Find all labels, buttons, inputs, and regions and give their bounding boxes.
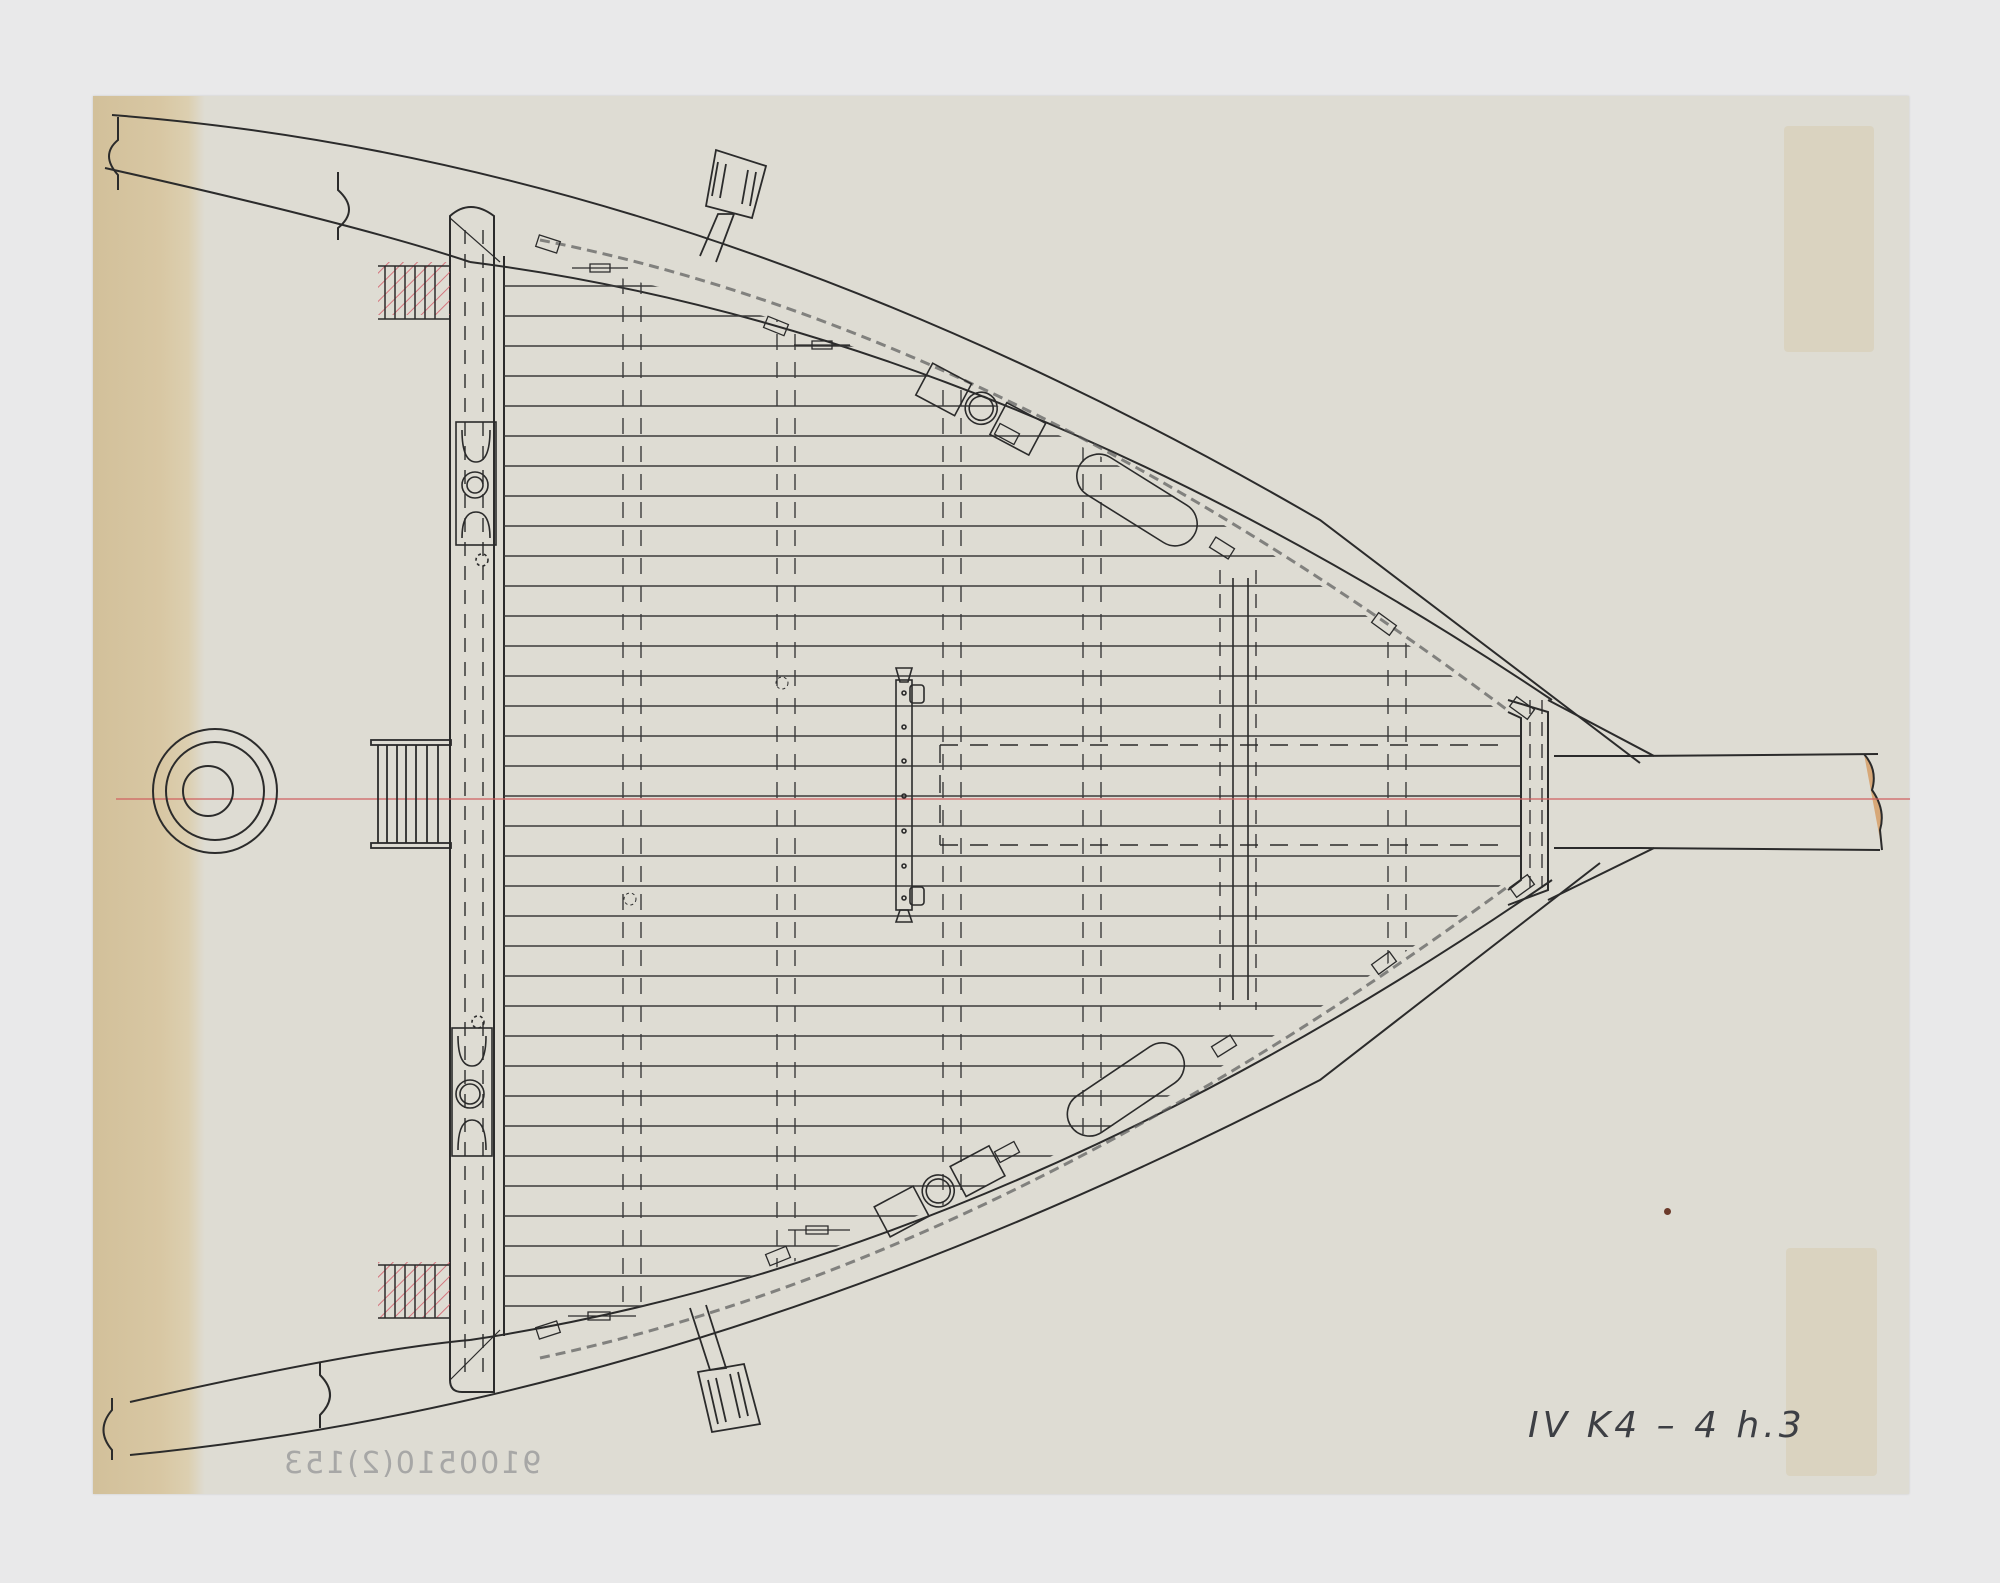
chain-bottom xyxy=(540,885,1510,1358)
bowsprit-break xyxy=(1864,754,1882,850)
davit-top xyxy=(700,150,766,262)
mirrored-pencil-number: 9100510(2)153 xyxy=(282,1446,541,1481)
davit-bottom xyxy=(690,1305,760,1432)
hatched-block-bottom xyxy=(378,1262,450,1318)
bitt-fitting-upper xyxy=(456,422,496,566)
companion-ladder xyxy=(371,740,451,848)
bowsprit xyxy=(1554,754,1880,850)
catalog-label: IV K4 – 4 h.3 xyxy=(1528,1405,1806,1446)
bottom-outer-rail xyxy=(130,863,1600,1455)
deck-beams-dashed xyxy=(623,250,1406,1340)
top-outer-rail xyxy=(112,115,1640,763)
hawse-fitting-bottom-2 xyxy=(1059,1034,1193,1144)
deck-plan-drawing xyxy=(0,0,2000,1583)
ink-dot xyxy=(1664,1208,1671,1215)
chain-top xyxy=(540,240,1510,712)
capstan xyxy=(153,729,277,853)
bow-inner-frame xyxy=(1508,712,1521,890)
hatched-block-top xyxy=(378,262,450,319)
bitt-fitting-lower xyxy=(452,1016,492,1156)
bottom-inner-rail xyxy=(130,1340,470,1402)
deck-planks xyxy=(504,286,1520,1306)
top-inner-rail xyxy=(105,168,470,262)
